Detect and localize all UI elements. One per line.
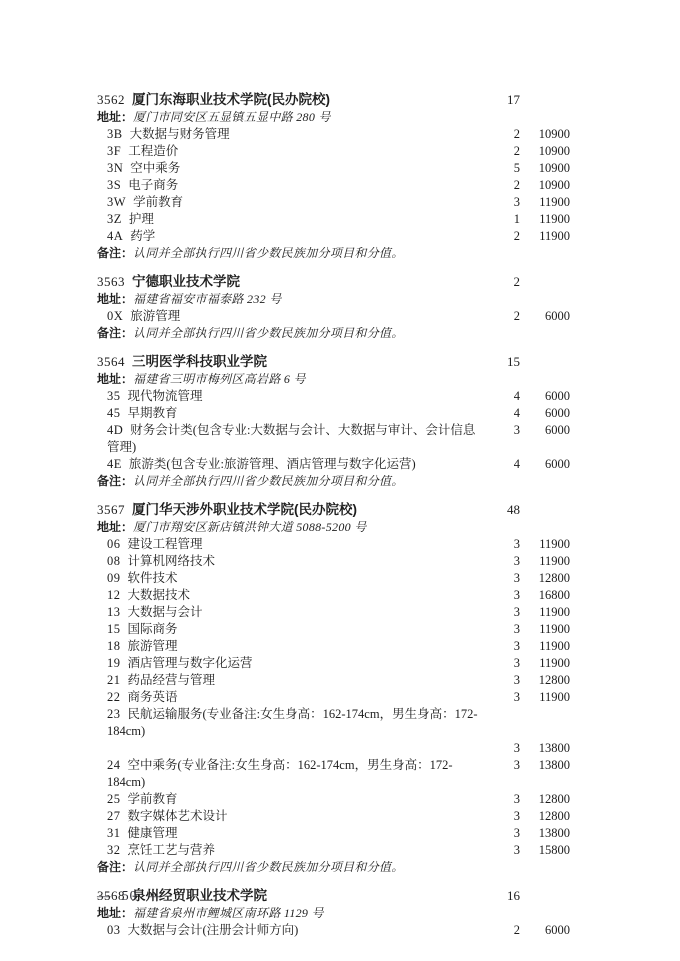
major-fee: 6000 <box>520 922 570 939</box>
college-plan-total: 2 <box>480 273 520 291</box>
major-plan-count: 3 <box>480 655 520 672</box>
address-text: 厦门市同安区五显镇五显中路 280 号 <box>133 110 331 124</box>
major-plan-count: 3 <box>480 194 520 211</box>
major-plan-count: 3 <box>480 536 520 553</box>
major-row: 4D财务会计类(包含专业:大数据与会计、大数据与审计、会计信息管理) 3 600… <box>97 422 570 456</box>
college-name: 三明医学科技职业学院 <box>132 354 267 369</box>
major-code: 23 <box>107 707 121 721</box>
major-plan-count: 4 <box>480 388 520 405</box>
major-code: 3W <box>107 195 126 209</box>
address-label: 地址： <box>97 906 133 920</box>
major-fee: 12800 <box>520 672 570 689</box>
major-code: 06 <box>107 537 121 551</box>
major-fee: 11900 <box>520 553 570 570</box>
major-code: 3N <box>107 161 123 175</box>
major-fee: 12800 <box>520 808 570 825</box>
remark-line: 备注：认同并全部执行四川省少数民族加分项目和分值。 <box>97 859 570 876</box>
major-code: 22 <box>107 690 121 704</box>
major-row: 15国际商务 3 11900 <box>97 621 570 638</box>
major-plan-count: 3 <box>480 604 520 621</box>
major-name: 健康管理 <box>128 826 178 840</box>
remark-label: 备注： <box>97 474 133 488</box>
major-code: 4A <box>107 229 123 243</box>
major-fee: 6000 <box>520 388 570 405</box>
major-code: 21 <box>107 673 121 687</box>
college-header: 3562厦门东海职业技术学院(民办院校) 17 <box>97 91 570 109</box>
major-row: 25学前教育 3 12800 <box>97 791 570 808</box>
remark-line: 备注：认同并全部执行四川省少数民族加分项目和分值。 <box>97 325 570 342</box>
major-row: 12大数据技术 3 16800 <box>97 587 570 604</box>
major-fee: 16800 <box>520 587 570 604</box>
major-row: 27数字媒体艺术设计 3 12800 <box>97 808 570 825</box>
major-row: 3W学前教育 3 11900 <box>97 194 570 211</box>
major-plan-count: 3 <box>480 825 520 842</box>
address-line: 地址：福建省三明市梅列区高岩路 6 号 <box>97 371 570 388</box>
major-numbers-row: 3 13800 <box>97 740 570 757</box>
major-code: 32 <box>107 843 121 857</box>
major-plan-count: 3 <box>480 808 520 825</box>
major-code: 45 <box>107 406 121 420</box>
major-fee: 6000 <box>520 456 570 473</box>
remark-label: 备注： <box>97 326 133 340</box>
major-name: 工程造价 <box>128 144 178 158</box>
college-plan-total: 17 <box>480 91 520 109</box>
major-fee: 11900 <box>520 604 570 621</box>
majors: 35现代物流管理 4 6000 45早期教育 4 6000 4D财务会计类(包含… <box>97 388 570 473</box>
major-plan-count: 1 <box>480 211 520 228</box>
major-name: 数字媒体艺术设计 <box>128 809 228 823</box>
major-code: 27 <box>107 809 121 823</box>
address-text: 厦门市翔安区新店镇洪钟大道 5088-5200 号 <box>133 520 367 534</box>
majors: 0X旅游管理 2 6000 <box>97 308 570 325</box>
major-fee: 6000 <box>520 308 570 325</box>
college-code: 3563 <box>97 274 125 289</box>
major-plan-count: 3 <box>480 791 520 808</box>
major-plan-count: 3 <box>480 740 520 757</box>
college-header: 3563宁德职业技术学院 2 <box>97 273 570 291</box>
major-code: 09 <box>107 571 121 585</box>
major-code: 4E <box>107 457 122 471</box>
major-fee: 13800 <box>520 740 570 757</box>
major-name: 旅游类(包含专业:旅游管理、酒店管理与数字化运营) <box>129 457 416 471</box>
college-plan-total: 48 <box>480 501 520 519</box>
major-name: 民航运输服务(专业备注:女生身高：162-174cm，男生身高：172-184c… <box>107 707 477 738</box>
major-plan-count: 3 <box>480 689 520 706</box>
major-row: 23民航运输服务(专业备注:女生身高：162-174cm，男生身高：172-18… <box>97 706 570 740</box>
major-code: 3F <box>107 144 121 158</box>
major-row: 0X旅游管理 2 6000 <box>97 308 570 325</box>
major-fee: 10900 <box>520 160 570 177</box>
majors: 3B大数据与财务管理 2 10900 3F工程造价 2 10900 3N空中乘务… <box>97 126 570 245</box>
major-row: 3F工程造价 2 10900 <box>97 143 570 160</box>
major-code: 35 <box>107 389 121 403</box>
college-name: 厦门华天涉外职业技术学院(民办院校) <box>132 502 357 517</box>
major-fee: 6000 <box>520 405 570 422</box>
major-code: 13 <box>107 605 121 619</box>
college-header: 3567厦门华天涉外职业技术学院(民办院校) 48 <box>97 501 570 519</box>
major-row: 08计算机网络技术 3 11900 <box>97 553 570 570</box>
major-name: 酒店管理与数字化运营 <box>128 656 253 670</box>
remark-text: 认同并全部执行四川省少数民族加分项目和分值。 <box>133 246 404 260</box>
college-section: 3564三明医学科技职业学院 15 地址：福建省三明市梅列区高岩路 6 号 35… <box>97 353 570 490</box>
address-label: 地址： <box>97 372 133 386</box>
major-fee: 10900 <box>520 126 570 143</box>
major-fee: 11900 <box>520 194 570 211</box>
college-section: 3567厦门华天涉外职业技术学院(民办院校) 48 地址：厦门市翔安区新店镇洪钟… <box>97 501 570 876</box>
major-fee: 10900 <box>520 143 570 160</box>
major-fee: 10900 <box>520 177 570 194</box>
address-text: 福建省三明市梅列区高岩路 6 号 <box>133 372 306 386</box>
major-plan-count: 2 <box>480 177 520 194</box>
college-plan-total: 16 <box>480 887 520 905</box>
major-row: 18旅游管理 3 11900 <box>97 638 570 655</box>
major-fee: 12800 <box>520 570 570 587</box>
major-name: 电子商务 <box>128 178 178 192</box>
major-name: 药学 <box>130 229 155 243</box>
remark-label: 备注： <box>97 246 133 260</box>
major-name: 国际商务 <box>128 622 178 636</box>
address-line: 地址：福建省福安市福泰路 232 号 <box>97 291 570 308</box>
major-code: 3B <box>107 127 123 141</box>
college-code: 3567 <box>97 502 125 517</box>
major-fee: 11900 <box>520 689 570 706</box>
major-row: 45早期教育 4 6000 <box>97 405 570 422</box>
major-code: 15 <box>107 622 121 636</box>
major-code: 18 <box>107 639 121 653</box>
major-fee: 6000 <box>520 422 570 439</box>
major-row: 4E旅游类(包含专业:旅游管理、酒店管理与数字化运营) 4 6000 <box>97 456 570 473</box>
major-row: 13大数据与会计 3 11900 <box>97 604 570 621</box>
major-name: 药品经营与管理 <box>128 673 216 687</box>
major-code: 03 <box>107 923 121 937</box>
major-name: 大数据技术 <box>128 588 191 602</box>
major-fee: 11900 <box>520 638 570 655</box>
major-name: 大数据与会计(注册会计师方向) <box>128 923 299 937</box>
remark-text: 认同并全部执行四川省少数民族加分项目和分值。 <box>133 860 404 874</box>
major-row: 21药品经营与管理 3 12800 <box>97 672 570 689</box>
major-name: 大数据与会计 <box>128 605 203 619</box>
college-code: 3562 <box>97 92 125 107</box>
major-row: 3B大数据与财务管理 2 10900 <box>97 126 570 143</box>
major-code: 08 <box>107 554 121 568</box>
major-name: 现代物流管理 <box>128 389 203 403</box>
address-label: 地址： <box>97 110 133 124</box>
major-code: 19 <box>107 656 121 670</box>
major-name: 大数据与财务管理 <box>130 127 230 141</box>
major-name: 学前教育 <box>128 792 178 806</box>
address-line: 地址：厦门市翔安区新店镇洪钟大道 5088-5200 号 <box>97 519 570 536</box>
major-row: 06建设工程管理 3 11900 <box>97 536 570 553</box>
major-name: 计算机网络技术 <box>128 554 216 568</box>
college-name: 宁德职业技术学院 <box>132 274 240 289</box>
major-name: 空中乘务 <box>130 161 180 175</box>
major-name: 财务会计类(包含专业:大数据与会计、大数据与审计、会计信息管理) <box>107 423 475 454</box>
address-label: 地址： <box>97 292 133 306</box>
major-fee: 13800 <box>520 825 570 842</box>
major-row: 3S电子商务 2 10900 <box>97 177 570 194</box>
address-text: 福建省泉州市鲤城区南环路 1129 号 <box>133 906 324 920</box>
major-name: 早期教育 <box>128 406 178 420</box>
major-name: 商务英语 <box>128 690 178 704</box>
major-plan-count: 4 <box>480 456 520 473</box>
remark-text: 认同并全部执行四川省少数民族加分项目和分值。 <box>133 326 404 340</box>
major-plan-count: 2 <box>480 922 520 939</box>
major-row: 19酒店管理与数字化运营 3 11900 <box>97 655 570 672</box>
major-row: 31健康管理 3 13800 <box>97 825 570 842</box>
major-fee: 11900 <box>520 621 570 638</box>
major-code: 25 <box>107 792 121 806</box>
major-code: 12 <box>107 588 121 602</box>
remark-label: 备注： <box>97 860 133 874</box>
major-code: 3Z <box>107 212 122 226</box>
major-code: 0X <box>107 309 123 323</box>
college-name: 厦门东海职业技术学院(民办院校) <box>132 92 330 107</box>
major-fee: 13800 <box>520 757 570 774</box>
major-row: 3Z护理 1 11900 <box>97 211 570 228</box>
major-code: 3S <box>107 178 121 192</box>
college-section: 3562厦门东海职业技术学院(民办院校) 17 地址：厦门市同安区五显镇五显中路… <box>97 91 570 262</box>
major-row: 09软件技术 3 12800 <box>97 570 570 587</box>
major-plan-count: 2 <box>480 308 520 325</box>
major-row: 32烹饪工艺与营养 3 15800 <box>97 842 570 859</box>
address-line: 地址：厦门市同安区五显镇五显中路 280 号 <box>97 109 570 126</box>
document-page: 3562厦门东海职业技术学院(民办院校) 17 地址：厦门市同安区五显镇五显中路… <box>0 0 680 961</box>
major-plan-count: 3 <box>480 422 520 439</box>
major-plan-count: 2 <box>480 126 520 143</box>
college-section: 3568泉州经贸职业技术学院 16 地址：福建省泉州市鲤城区南环路 1129 号… <box>97 887 570 939</box>
college-plan-total: 15 <box>480 353 520 371</box>
college-header: 3564三明医学科技职业学院 15 <box>97 353 570 371</box>
address-text: 福建省福安市福泰路 232 号 <box>133 292 282 306</box>
major-name: 空中乘务(专业备注:女生身高：162-174cm，男生身高：172-184cm) <box>107 758 452 789</box>
college-header: 3568泉州经贸职业技术学院 16 <box>97 887 570 905</box>
major-row: 22商务英语 3 11900 <box>97 689 570 706</box>
college-section: 3563宁德职业技术学院 2 地址：福建省福安市福泰路 232 号 0X旅游管理… <box>97 273 570 342</box>
page-number: — 50 — <box>97 888 162 904</box>
major-name: 建设工程管理 <box>128 537 203 551</box>
major-plan-count: 3 <box>480 553 520 570</box>
remark-line: 备注：认同并全部执行四川省少数民族加分项目和分值。 <box>97 245 570 262</box>
major-row: 24空中乘务(专业备注:女生身高：162-174cm，男生身高：172-184c… <box>97 757 570 791</box>
major-plan-count: 3 <box>480 621 520 638</box>
remark-text: 认同并全部执行四川省少数民族加分项目和分值。 <box>133 474 404 488</box>
major-fee: 11900 <box>520 655 570 672</box>
remark-line: 备注：认同并全部执行四川省少数民族加分项目和分值。 <box>97 473 570 490</box>
major-name: 旅游管理 <box>128 639 178 653</box>
major-plan-count: 3 <box>480 842 520 859</box>
major-code: 31 <box>107 826 121 840</box>
major-name: 护理 <box>129 212 154 226</box>
college-code: 3564 <box>97 354 125 369</box>
major-fee: 11900 <box>520 228 570 245</box>
major-plan-count: 4 <box>480 405 520 422</box>
college-list: 3562厦门东海职业技术学院(民办院校) 17 地址：厦门市同安区五显镇五显中路… <box>97 91 570 950</box>
address-line: 地址：福建省泉州市鲤城区南环路 1129 号 <box>97 905 570 922</box>
major-fee: 11900 <box>520 211 570 228</box>
major-row: 3N空中乘务 5 10900 <box>97 160 570 177</box>
major-fee: 12800 <box>520 791 570 808</box>
major-row: 35现代物流管理 4 6000 <box>97 388 570 405</box>
major-name: 学前教育 <box>133 195 183 209</box>
majors: 03大数据与会计(注册会计师方向) 2 6000 <box>97 922 570 939</box>
major-plan-count: 2 <box>480 228 520 245</box>
major-row: 4A药学 2 11900 <box>97 228 570 245</box>
major-name: 软件技术 <box>128 571 178 585</box>
major-plan-count: 3 <box>480 757 520 774</box>
major-name: 旅游管理 <box>130 309 180 323</box>
major-fee: 11900 <box>520 536 570 553</box>
major-code: 24 <box>107 758 121 772</box>
major-plan-count: 3 <box>480 638 520 655</box>
major-plan-count: 2 <box>480 143 520 160</box>
address-label: 地址： <box>97 520 133 534</box>
major-plan-count: 3 <box>480 672 520 689</box>
major-row: 03大数据与会计(注册会计师方向) 2 6000 <box>97 922 570 939</box>
major-plan-count: 3 <box>480 570 520 587</box>
major-name: 烹饪工艺与营养 <box>128 843 216 857</box>
major-plan-count: 5 <box>480 160 520 177</box>
major-code: 4D <box>107 423 123 437</box>
major-plan-count: 3 <box>480 587 520 604</box>
majors: 06建设工程管理 3 11900 08计算机网络技术 3 11900 09软件技… <box>97 536 570 859</box>
major-fee: 15800 <box>520 842 570 859</box>
